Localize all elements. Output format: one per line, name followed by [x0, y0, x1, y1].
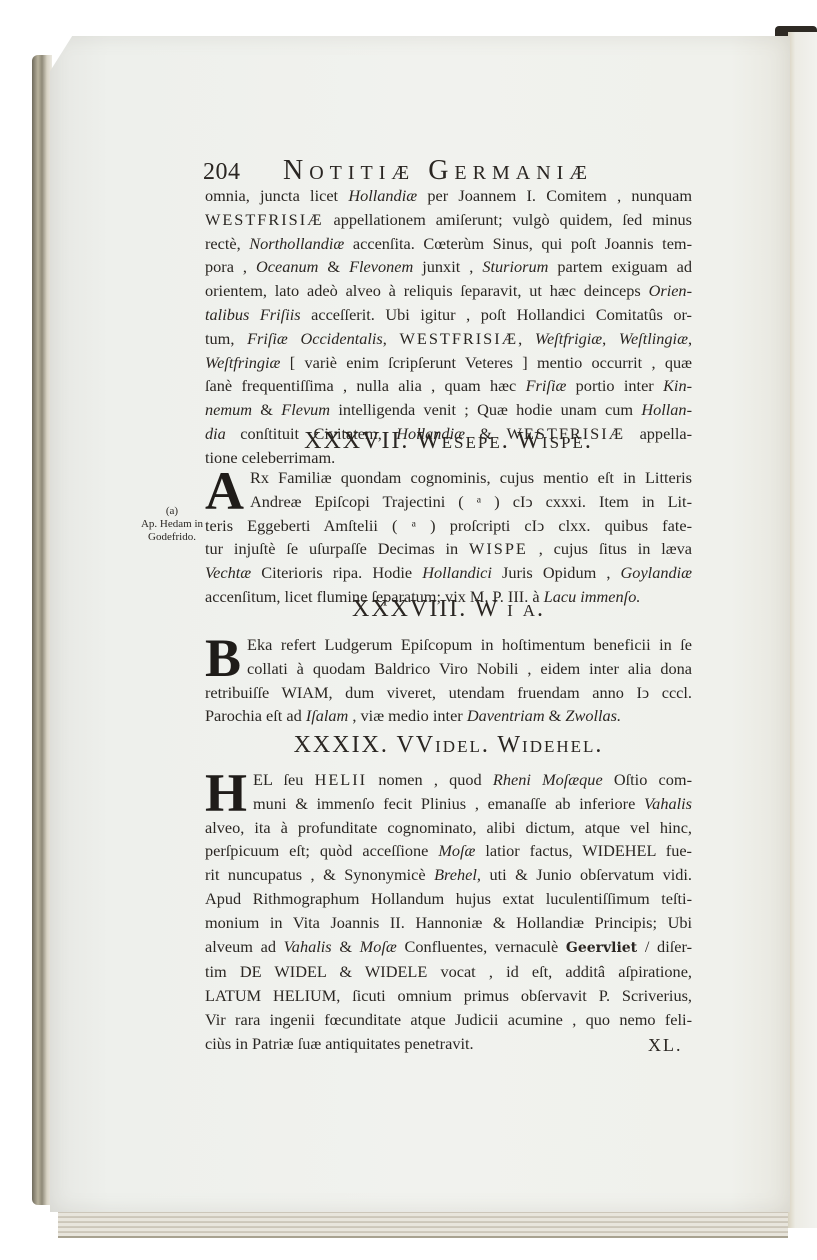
text-line: pora , Oceanum & Flevonem junxit , Sturi… [205, 255, 692, 279]
text-line: muni & immenſo fecit Plinius , emanaſſe … [205, 792, 692, 816]
text-line: collati à quodam Baldrico Viro Nobili , … [205, 657, 692, 681]
text-line: rectè, Northollandiæ accenſita. Cœterùm … [205, 232, 692, 256]
text-line: retribuiſſe WIAM, dum viveret, utendam f… [205, 681, 692, 705]
italic-text: Northollandiæ [249, 234, 344, 253]
text-line: Vechtæ Citerioris ripa. Hodie Hollandici… [205, 561, 692, 585]
text-line: perſpicuum eſt; quòd acceſſione Moſæ lat… [205, 839, 692, 863]
italic-text: Weſtfrigiæ [535, 329, 602, 348]
drop-cap-initial: A [205, 468, 244, 514]
text-line: Apud Rithmographum Hollandum hujus extat… [205, 887, 692, 911]
section-heading-xxxviii: XXXVIII. W i a. [205, 596, 692, 623]
italic-text: Daventriam [467, 706, 545, 725]
facing-page-gutter [788, 32, 817, 1228]
drop-cap-initial: H [205, 770, 247, 816]
text-line: ſanè frequentiſſima , nulla alia , quam … [205, 374, 692, 398]
text-line: teris Eggeberti Amſtelii ( ᵃ ) proſcript… [205, 514, 692, 538]
italic-text: Oceanum [256, 257, 318, 276]
text-line: tur injuſtè ſe uſurpaſſe Decimas in WISP… [205, 537, 692, 561]
italic-text: Vechtæ [205, 563, 251, 582]
page-stack-bottom-edge [58, 1208, 788, 1238]
page-number: 204 [203, 159, 283, 186]
caps-text: WESTFRISIÆ [205, 210, 324, 229]
drop-cap-initial: B [205, 635, 241, 681]
margin-note-marker: (a) [138, 505, 206, 518]
margin-note-text: Ap. Hedam in Godefrido. [138, 518, 206, 544]
italic-text: Hollan- [641, 400, 692, 419]
text-line: alveo, ita à profunditate cognominato, a… [205, 816, 692, 840]
text-line: ciùs in Patriæ ſuæ antiquitates penetrav… [205, 1032, 692, 1056]
italic-text: Weſtlingiæ [619, 329, 688, 348]
text-line: tum, Friſiæ Occidentalis, WESTFRISIÆ, We… [205, 327, 692, 351]
text-line: Parochia eſt ad Iſalam , viæ medio inter… [205, 704, 692, 728]
italic-text: Flevum [281, 400, 330, 419]
italic-text: talibus Friſiis [205, 305, 301, 324]
section-body-xxxviii: BEka refert Ludgerum Epiſcopum in hoſtim… [205, 633, 692, 728]
text-line: monium in Vita Joannis II. Hannoniæ & Ho… [205, 911, 692, 935]
continuation-paragraph: omnia, juncta licet Hollandiæ per Joanne… [205, 184, 692, 470]
text-line: Rx Familiæ quondam cognominis, cujus men… [205, 466, 692, 490]
text-line: Andreæ Epiſcopi Trajectini ( ᵃ ) cIↄ cxx… [205, 490, 692, 514]
italic-text: Moſæ [438, 841, 475, 860]
page-stack-left-edge [32, 55, 52, 1205]
italic-text: Friſiæ [526, 376, 567, 395]
text-line: alveum ad Vahalis & Moſæ Confluentes, ve… [205, 935, 692, 961]
italic-text: Kin- [663, 376, 692, 395]
text-line: Weſtfringiæ [ variè enim ſcripſerunt Vet… [205, 351, 692, 375]
running-title: Notitiæ Germaniæ [283, 155, 593, 187]
blackletter-text: Geervliet [566, 940, 637, 956]
text-line: Eka refert Ludgerum Epiſcopum in hoſtime… [205, 633, 692, 657]
text-line: EL ſeu HELII nomen , quod Rheni Moſæque … [205, 768, 692, 792]
italic-text: Weſtfringiæ [205, 353, 280, 372]
italic-text: Sturiorum [482, 257, 548, 276]
caps-text: WISPE [469, 539, 528, 558]
margin-note: (a) Ap. Hedam in Godefrido. [138, 505, 206, 544]
catchword: XL. [648, 1035, 683, 1056]
italic-text: Iſalam [306, 706, 349, 725]
italic-text: Friſiæ Occidentalis [247, 329, 383, 348]
italic-text: Hollandici [422, 563, 492, 582]
italic-text: Moſæ [360, 937, 397, 956]
italic-text: Vahalis [284, 937, 332, 956]
text-line: LATUM HELIUM, ſicuti omnium primus obſer… [205, 984, 692, 1008]
italic-text: Orien- [649, 281, 692, 300]
text-line: nemum & Flevum intelligenda venit ; Quæ … [205, 398, 692, 422]
text-line: WESTFRISIÆ appellationem amiſerunt; vulg… [205, 208, 692, 232]
italic-text: Vahalis [644, 794, 692, 813]
text-line: rit nuncupatus , & Synonymicè Brehel, ut… [205, 863, 692, 887]
text-line: tim DE WIDEL & WIDELE vocat , id eſt, ad… [205, 960, 692, 984]
section-body-xxxix: HEL ſeu HELII nomen , quod Rheni Moſæque… [205, 768, 692, 1056]
italic-text: Hollandiæ [348, 186, 417, 205]
section-heading-xxxix: XXXIX. VVidel. Widehel. [205, 732, 692, 759]
section-heading-xxxvii: XXXVII. Wesepe. Wispe. [205, 428, 692, 455]
italic-text: Goylandiæ [621, 563, 692, 582]
text-line: orientem, lato adeò alveo à reliquis ſep… [205, 279, 692, 303]
caps-text: WESTFRISIÆ [400, 329, 519, 348]
text-line: talibus Friſiis acceſſerit. Ubi igitur ,… [205, 303, 692, 327]
italic-text: Flevonem [349, 257, 413, 276]
text-line: omnia, juncta licet Hollandiæ per Joanne… [205, 184, 692, 208]
italic-text: nemum [205, 400, 252, 419]
italic-text: Zwollas. [565, 706, 621, 725]
italic-text: Brehel [434, 865, 477, 884]
text-line: Vir rara ingenii fœcunditate atque Judic… [205, 1008, 692, 1032]
italic-text: Rheni Moſæque [493, 770, 603, 789]
section-body-xxxvii: ARx Familiæ quondam cognominis, cujus me… [205, 466, 692, 609]
caps-text: HELII [315, 770, 368, 789]
